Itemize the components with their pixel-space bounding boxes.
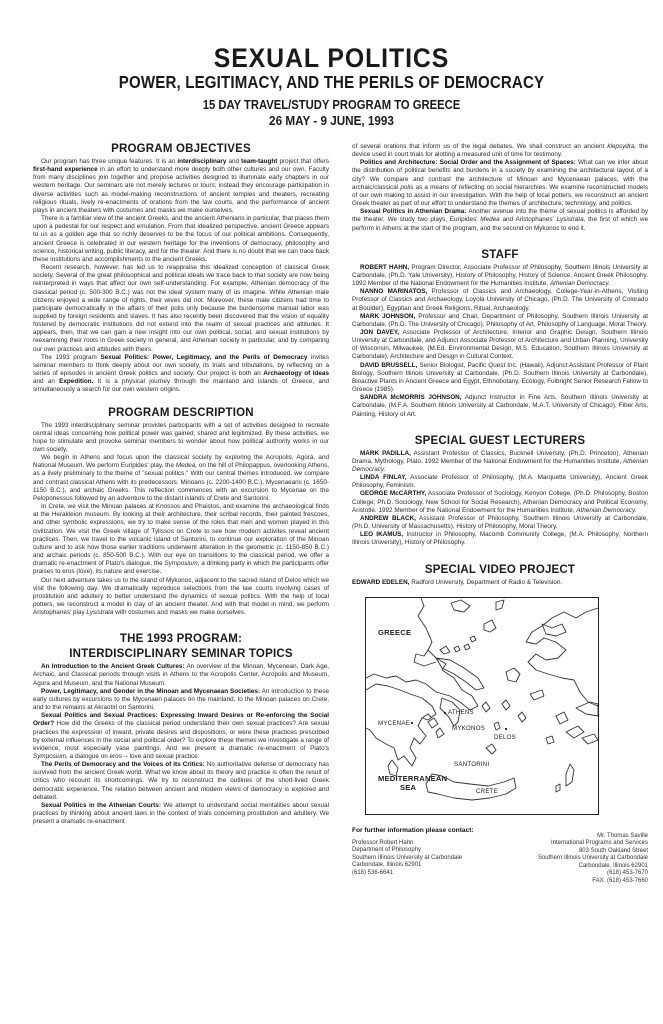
paragraph: DAVID BRUSSELL, Senior Biologist, Pacifi… xyxy=(352,362,648,395)
section-title-guest-lecturers: SPECIAL GUEST LECTURERS xyxy=(352,435,648,448)
right-column: of several orations that inform us of th… xyxy=(352,143,648,900)
document-header: SEXUAL POLITICS POWER, LEGITIMACY, AND T… xyxy=(0,44,663,129)
paragraph: EDWARD EDELEN, Radford University, Depar… xyxy=(352,579,648,587)
description-body: The 1993 interdisciplinary seminar provi… xyxy=(33,422,329,618)
paragraph: ANDREW BLACK, Assistant Professor of Phi… xyxy=(352,515,648,531)
guest-lecturer-list: MARK PADILLA, Assistant Professor of Cla… xyxy=(352,450,648,548)
paragraph: MARK JOHNSON, Professor and Chair, Depar… xyxy=(352,313,648,329)
paragraph: Power, Legitimacy, and Gender in the Min… xyxy=(33,688,329,712)
map-label-crete: CRETE xyxy=(476,788,498,795)
topics-body-right: of several orations that inform us of th… xyxy=(352,143,648,233)
section-title-description: PROGRAM DESCRIPTION xyxy=(33,407,329,420)
paragraph: NANNO MARINATOS, Professor of Classics a… xyxy=(352,288,648,312)
address-line: Southern Illinois University at Carbonda… xyxy=(352,855,462,863)
map-label-mycenae: MYCENAE xyxy=(378,720,410,727)
map-label-mykonos: MYKONOS xyxy=(452,725,485,732)
section-title-objectives: PROGRAM OBJECTIVES xyxy=(33,143,329,156)
paragraph: We begin in Athens and focus upon the cl… xyxy=(33,454,329,503)
map-label-sea-line2: SEA xyxy=(400,783,416,792)
topics-body-left: An Introduction to the Ancient Greek Cul… xyxy=(33,663,329,826)
objectives-body: Our program has three unique features. I… xyxy=(33,158,329,395)
section-title-topics-line1: THE 1993 PROGRAM: xyxy=(33,633,329,646)
address-line: (618) 536-6641 xyxy=(352,870,462,878)
address-line: Mr. Thomas Saville xyxy=(538,833,648,841)
main-title: SEXUAL POLITICS xyxy=(27,44,637,72)
paragraph: The Perils of Democracy and the Voices o… xyxy=(33,761,329,802)
program-dates: 26 MAY - 9 JUNE, 1993 xyxy=(33,113,630,129)
address-line: FAX: (618) 453-7660 xyxy=(538,878,648,886)
paragraph: The 1993 program Sexual Politics: Power,… xyxy=(33,354,329,395)
paragraph: MARK PADILLA, Assistant Professor of Cla… xyxy=(352,450,648,474)
paragraph: There is a familiar view of the ancient … xyxy=(33,215,329,264)
address-line: International Programs and Services xyxy=(538,840,648,848)
program-type: 15 DAY TRAVEL/STUDY PROGRAM TO GREECE xyxy=(33,97,630,113)
staff-list: ROBERT HAHN, Program Director, Associate… xyxy=(352,264,648,419)
address-line: Professor Robert Hahn xyxy=(352,840,462,848)
map-label-santorini: SANTORINI xyxy=(454,761,489,768)
map-label-athens: ATHENS xyxy=(448,709,474,716)
map-label-greece: GREECE xyxy=(378,628,411,637)
section-title-staff: STAFF xyxy=(352,249,648,262)
subtitle: POWER, LEGITIMACY, AND THE PERILS OF DEM… xyxy=(46,72,616,93)
address-line: Carbondale, Illinois 62901 xyxy=(352,862,462,870)
video-project-body: EDWARD EDELEN, Radford University, Depar… xyxy=(352,579,648,587)
address-line: Department of Philosophy xyxy=(352,847,462,855)
address-line: (618) 453-7670 xyxy=(538,870,648,878)
paragraph: Our program has three unique features. I… xyxy=(33,158,329,215)
paragraph: The 1993 interdisciplinary seminar provi… xyxy=(33,422,329,455)
map-label-delos: DELOS xyxy=(494,734,516,741)
paragraph: Sexual Politics and Sexual Practices: Ex… xyxy=(33,712,329,761)
address-line: Southern Illinois University at Carbonda… xyxy=(538,855,648,863)
paragraph: SANDRA McMORRIS JOHNSON, Adjunct Instruc… xyxy=(352,394,648,418)
paragraph: GEORGE McCARTHY, Associate Professor of … xyxy=(352,490,648,514)
contact-left-address: Professor Robert HahnDepartment of Philo… xyxy=(352,840,462,878)
paragraph: Our next adventure takes us to the islan… xyxy=(33,577,329,618)
address-line: Carbondale, Illinois 62901 xyxy=(538,863,648,871)
contact-block: Professor Robert HahnDepartment of Philo… xyxy=(352,840,648,900)
left-column: PROGRAM OBJECTIVES Our program has three… xyxy=(33,143,329,826)
contact-right-address: Mr. Thomas SavilleInternational Programs… xyxy=(538,833,648,886)
paragraph: LINDA FINLAY, Associate Professor of Phi… xyxy=(352,474,648,490)
map-label-sea-line1: MEDITERRANEAN xyxy=(378,774,447,783)
paragraph: Sexual Politics in Athenian Drama: Anoth… xyxy=(352,208,648,232)
paragraph: ROBERT HAHN, Program Director, Associate… xyxy=(352,264,648,288)
paragraph: In Crete, we visit the Minoan palaces at… xyxy=(33,503,329,576)
paragraph: JON DAVEY, Associate Professor of Archit… xyxy=(352,329,648,362)
paragraph: Sexual Politics in the Athenian Courts: … xyxy=(33,802,329,826)
paragraph: Recent research, however, has led us to … xyxy=(33,264,329,354)
paragraph: An Introduction to the Ancient Greek Cul… xyxy=(33,663,329,687)
paragraph: Politics and Architecture: Social Order … xyxy=(352,159,648,208)
address-line: 803 South Oakland Street xyxy=(538,848,648,856)
paragraph: LEO IKAMUS, Instructor in Philosophy, Ma… xyxy=(352,531,648,547)
section-title-topics-line2: INTERDISCIPLINARY SEMINAR TOPICS xyxy=(33,648,329,661)
paragraph: of several orations that inform us of th… xyxy=(352,143,648,159)
map-of-greece: GREECE ATHENS MYCENAE MYKONOS DELOS SANT… xyxy=(365,597,599,815)
section-title-video-project: SPECIAL VIDEO PROJECT xyxy=(352,564,648,577)
